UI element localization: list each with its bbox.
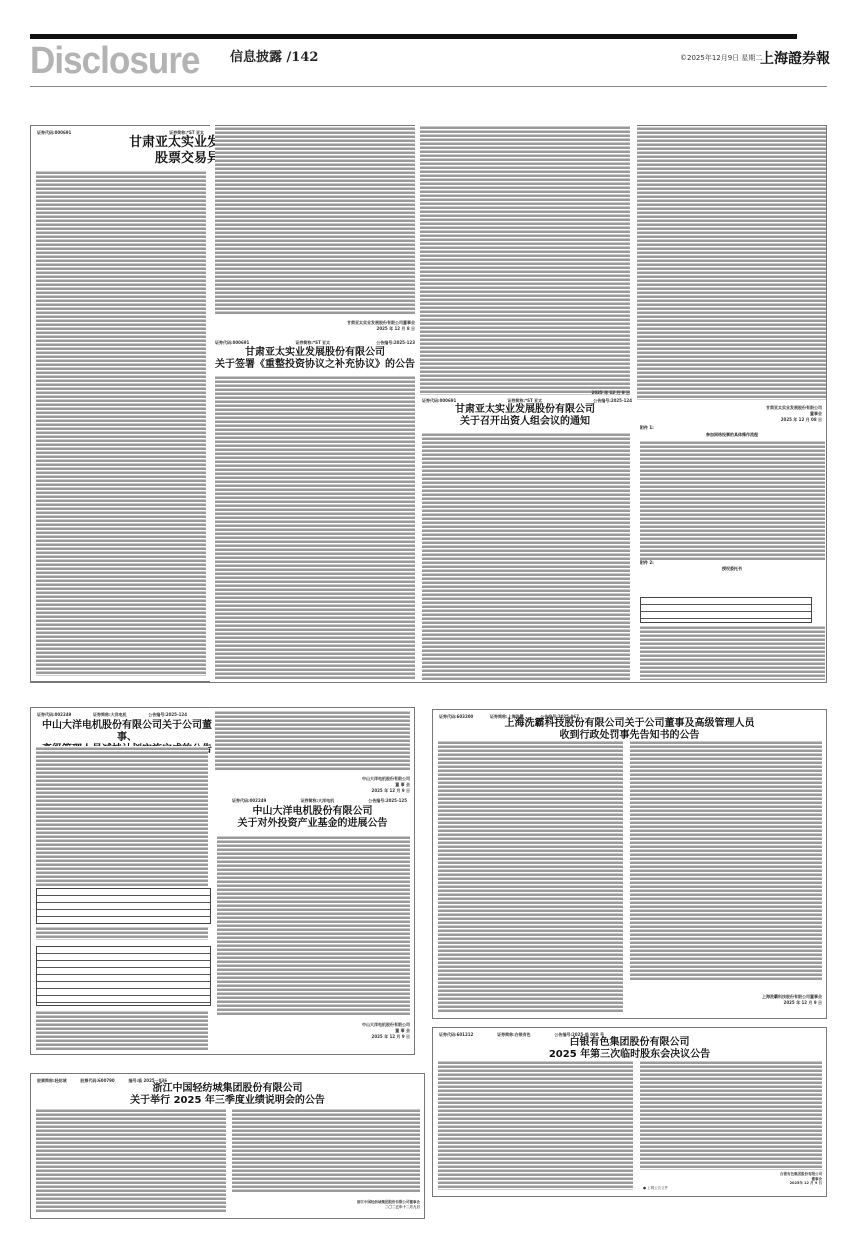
attachment-title: 参加网络投票的具体操作流程 <box>637 432 827 438</box>
announcement-no: 公告编号:2025-123 <box>376 340 415 346</box>
stock-code: 股票简称:轻纺城 <box>37 1078 67 1084</box>
stock-abbr: 证券简称:大洋电机 <box>93 712 127 718</box>
article-body-text <box>232 1108 420 1193</box>
article-title: 白银有色集团股份有限公司 2025 年第三次临时股东会决议公告 <box>439 1037 820 1061</box>
online-documents-label: ● 上网公告文件 <box>643 1186 668 1191</box>
signature: 甘肃亚太实业发展股份有限公司董事会 2025 年 12 月 8 日 <box>215 320 415 332</box>
sign-line: 2025 年 12 月 9 日 <box>630 1000 822 1006</box>
section-title: 信息披露 /142 <box>230 46 318 65</box>
stock-code: 证券代码:601212 <box>439 1032 473 1038</box>
title-line: 白银有色集团股份有限公司 <box>439 1037 820 1049</box>
article-title: 甘肃亚太实业发展股份有限公司 关于召开出资人组会议的通知 <box>420 404 630 428</box>
stock-code: 证券代码:603200 <box>439 714 473 720</box>
stock-abbr: 股票代码:600790 <box>80 1078 114 1084</box>
masthead-logo: Disclosure <box>30 42 200 80</box>
shareholding-table <box>36 946 211 1006</box>
sign-line: 2025 年 12 月 8 日 <box>215 326 415 332</box>
article-meta: 证券代码:002249 证券简称:大洋电机 公告编号:2025-124 <box>37 712 187 718</box>
article-body-text <box>630 740 822 980</box>
sign-line: 二〇二五年十二月九日 <box>232 1205 420 1210</box>
announcement-no: 公告编号:2025-124 <box>148 712 187 718</box>
newspaper-name: 上海證券報 <box>760 48 830 68</box>
title-line: 中山大洋电机股份有限公司关于公司董事、 <box>37 720 217 744</box>
header-divider <box>30 86 827 87</box>
top-rule <box>30 34 797 39</box>
title-line: 关于对外投资产业基金的进展公告 <box>215 818 410 830</box>
announcement-no: 公告编号:2025-125 <box>368 798 407 804</box>
article-body-text <box>438 1060 633 1190</box>
sign-line: 2025年 12 月 9 日 <box>640 1181 822 1186</box>
signature: 2025 年 12 月 8 日 <box>420 390 630 396</box>
title-line: 关于举行 2025 年三季度业绩说明会的公告 <box>37 1095 418 1107</box>
article-body-text <box>215 125 415 315</box>
attachment-label: 附件 1: <box>640 425 654 431</box>
stock-code: 证券代码:002249 <box>232 798 266 804</box>
article-body-text <box>640 440 825 560</box>
reduction-table <box>36 888 211 924</box>
article-meta: 证券代码:000691 证券简称:*ST 亚太 公告编号:2025-123 <box>215 340 415 346</box>
article-body-text <box>215 710 410 770</box>
divider <box>30 125 31 682</box>
signature: 甘肃亚太实业发展股份有限公司 董事会 2025 年 12 月 08 日 <box>637 405 822 423</box>
article-title: 中山大洋电机股份有限公司 关于对外投资产业基金的进展公告 <box>215 806 410 830</box>
signature: 浙江中国轻纺城集团股份有限公司董事会 二〇二五年十二月九日 <box>232 1200 420 1209</box>
stock-code: 证券代码:002249 <box>37 712 71 718</box>
signature: 白银有色集团股份有限公司 董事会 2025年 12 月 9 日 <box>640 1172 822 1186</box>
stock-code: 证券代码:000691 <box>215 340 249 346</box>
article-body-text <box>438 740 623 1012</box>
article-body-text <box>640 625 825 680</box>
title-line: 甘肃亚太实业发展股份有限公司 <box>420 404 630 416</box>
article-title: 甘肃亚太实业发展股份有限公司 关于签署《重整投资协议之补充协议》的公告 <box>215 347 415 371</box>
title-line: 中山大洋电机股份有限公司 <box>215 806 410 818</box>
article-meta: 证券代码:002249 证券简称:大洋电机 公告编号:2025-125 <box>232 798 407 804</box>
signature: 中山大洋电机股份有限公司 董 事 会 2025 年 12 月 9 日 <box>215 1022 410 1040</box>
article-body-text <box>36 1010 208 1050</box>
article-body-text <box>217 835 410 1015</box>
stock-abbr: 证券简称:*ST 亚太 <box>295 340 330 346</box>
article-body-text <box>640 1060 822 1170</box>
issue-date: ©2025年12月9日 星期二 <box>680 53 762 63</box>
proxy-vote-table <box>640 597 812 623</box>
divider <box>826 125 827 682</box>
article-meta: 股票简称:轻纺城 股票代码:600790 编号:临 2025－036 <box>37 1078 167 1084</box>
article-body-text <box>36 170 206 676</box>
sign-line: 2025 年 12 月 08 日 <box>637 417 822 423</box>
article-body-text <box>420 125 630 395</box>
article-title: 上海洗霸科技股份有限公司关于公司董事及高级管理人员 收到行政处罚事先告知书的公告 <box>439 718 820 742</box>
article-body-text <box>36 746 208 886</box>
sign-line: 2025 年 12 月 9 日 <box>215 788 410 794</box>
title-line: 关于召开出资人组会议的通知 <box>420 416 630 428</box>
sign-line: 2025 年 12 月 8 日 <box>420 390 630 396</box>
divider <box>30 682 827 683</box>
signature: 上海洗霸科技股份有限公司董事会 2025 年 12 月 9 日 <box>630 994 822 1006</box>
article-body-text <box>422 432 630 680</box>
article-body-text <box>215 375 415 680</box>
article-body-text <box>36 1108 226 1213</box>
attachment-title: 授权委托书 <box>637 566 827 572</box>
title-line: 关于签署《重整投资协议之补充协议》的公告 <box>215 359 415 371</box>
title-line: 浙江中国轻纺城集团股份有限公司 <box>37 1083 418 1095</box>
article-body-text <box>637 125 827 400</box>
title-line: 甘肃亚太实业发展股份有限公司 <box>215 347 415 359</box>
stock-abbr: 证券简称:大洋电机 <box>300 798 334 804</box>
signature: 中山大洋电机股份有限公司 董 事 会 2025 年 12 月 9 日 <box>215 776 410 794</box>
article-body-text <box>36 926 208 940</box>
stock-abbr: 证券简称:白银有色 <box>497 1032 531 1038</box>
sign-line: 2025 年 12 月 9 日 <box>215 1034 410 1040</box>
article-title: 浙江中国轻纺城集团股份有限公司 关于举行 2025 年三季度业绩说明会的公告 <box>37 1083 418 1107</box>
